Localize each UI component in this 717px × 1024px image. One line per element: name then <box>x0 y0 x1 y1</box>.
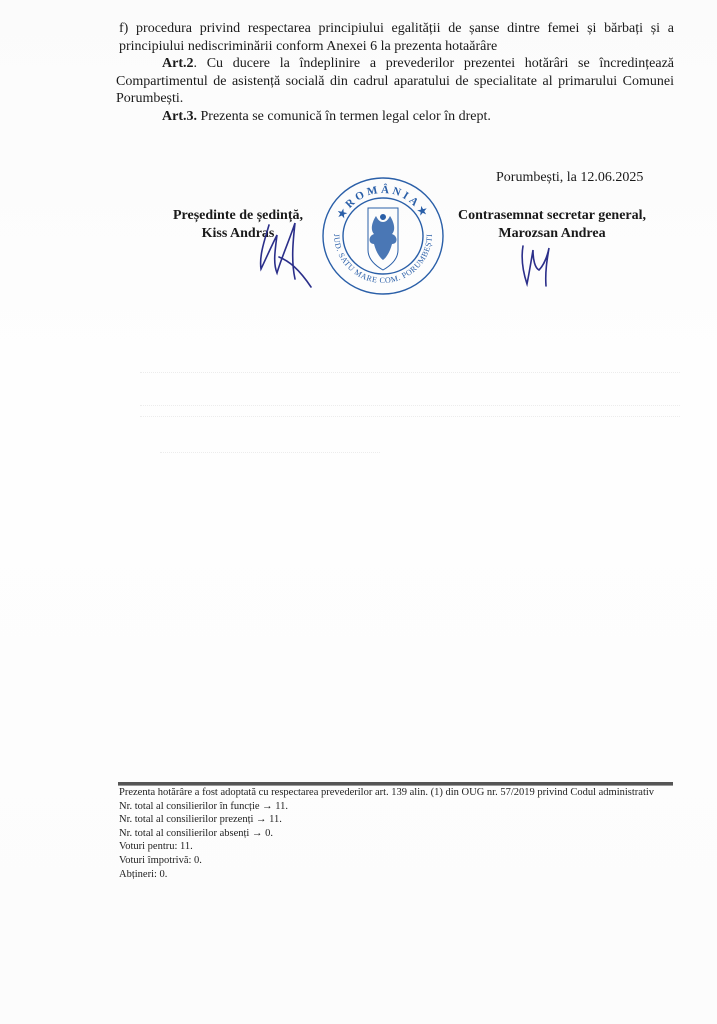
resolution-body: f) procedura privind respectarea princip… <box>116 20 674 125</box>
footer-line: Abțineri: 0. <box>119 868 679 882</box>
adoption-note: Prezenta hotărâre a fost adoptată cu res… <box>119 786 679 800</box>
article-2-paragraph: Art.2. Cu ducere la îndeplinire a preved… <box>116 55 674 108</box>
signatory-secretary: Contrasemnat secretar general, Marozsan … <box>452 207 652 242</box>
scan-artifact <box>160 452 380 454</box>
secretary-role: Contrasemnat secretar general, <box>452 207 652 225</box>
scan-artifact <box>140 372 680 374</box>
scan-artifact <box>140 405 680 407</box>
footer-line: Nr. total al consilierilor în funcție → … <box>119 800 679 814</box>
secretary-signature-icon <box>515 240 560 288</box>
footer-line: Nr. total al consilierilor absenți → 0. <box>119 827 679 841</box>
article-3-paragraph: Art.3. Prezenta se comunică în termen le… <box>116 108 674 126</box>
voting-footer: Prezenta hotărâre a fost adoptată cu res… <box>119 786 679 881</box>
footer-line: Voturi pentru: 11. <box>119 840 679 854</box>
document-page: f) procedura privind respectarea princip… <box>0 0 717 1024</box>
article-2-label: Art.2 <box>162 56 194 71</box>
official-stamp-icon: ★ROMÂNIA★ JUD. SATU MARE COM. PORUMBEȘTI <box>318 172 448 300</box>
footer-line: Voturi împotrivă: 0. <box>119 854 679 868</box>
item-f-paragraph: f) procedura privind respectarea princip… <box>116 20 674 55</box>
footer-line: Nr. total al consilierilor prezenți → 11… <box>119 813 679 827</box>
article-3-text: Prezenta se comunică în termen legal cel… <box>197 109 491 124</box>
article-3-label: Art.3. <box>162 109 197 124</box>
scan-artifact <box>140 416 680 418</box>
president-signature-icon <box>255 217 315 289</box>
place-and-date: Porumbești, la 12.06.2025 <box>496 170 643 186</box>
article-2-text: . Cu ducere la îndeplinire a prevederilo… <box>116 56 674 106</box>
